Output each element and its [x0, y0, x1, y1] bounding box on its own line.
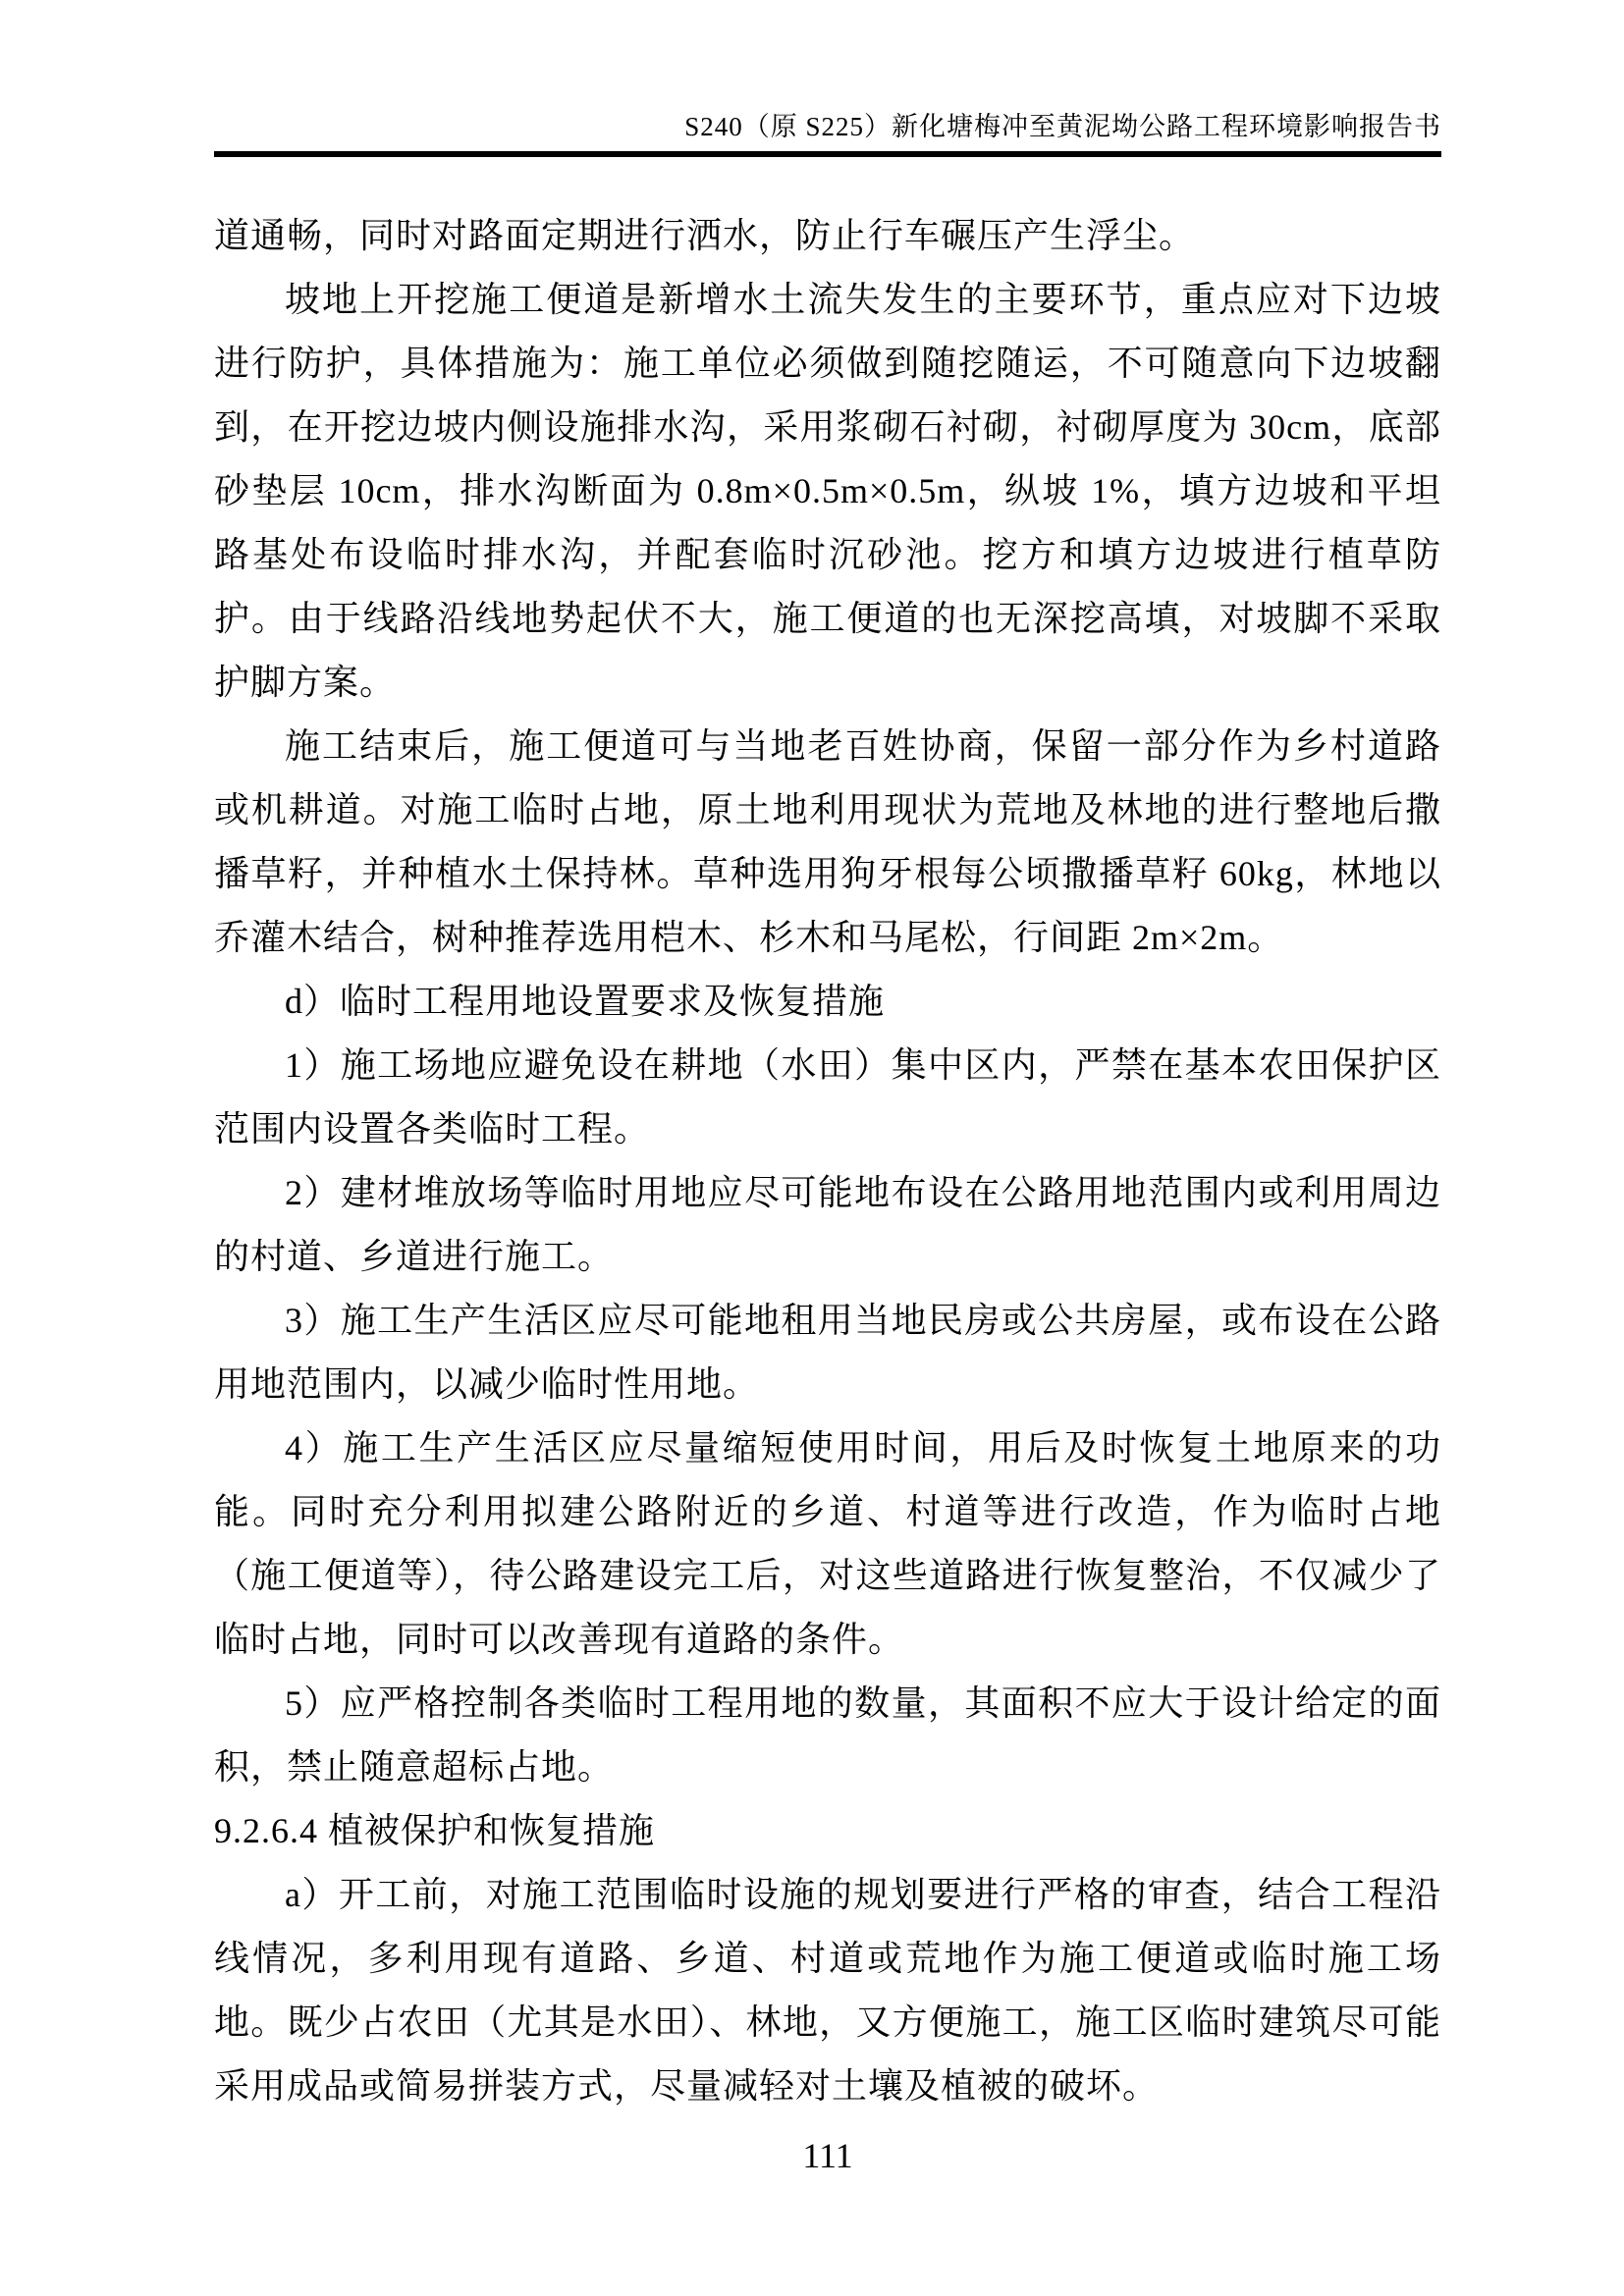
page-number: 111	[214, 2132, 1441, 2179]
paragraph: 施工结束后，施工便道可与当地老百姓协商，保留一部分作为乡村道路或机耕道。对施工临…	[214, 715, 1441, 970]
page-header: S240（原 S225）新化塘梅冲至黄泥坳公路工程环境影响报告书	[214, 0, 1441, 157]
section-heading: 9.2.6.4 植被保护和恢复措施	[214, 1799, 1441, 1863]
header-rule	[214, 151, 1441, 157]
paragraph: a）开工前，对施工范围临时设施的规划要进行严格的审查，结合工程沿线情况，多利用现…	[214, 1863, 1441, 2118]
paragraph: 1）施工场地应避免设在耕地（水田）集中区内，严禁在基本农田保护区范围内设置各类临…	[214, 1034, 1441, 1161]
header-title: S240（原 S225）新化塘梅冲至黄泥坳公路工程环境影响报告书	[214, 110, 1441, 143]
paragraph: 道通畅，同时对路面定期进行洒水，防止行车碾压产生浮尘。	[214, 204, 1441, 268]
paragraph: 4）施工生产生活区应尽量缩短使用时间，用后及时恢复土地原来的功能。同时充分利用拟…	[214, 1416, 1441, 1672]
document-page: S240（原 S225）新化塘梅冲至黄泥坳公路工程环境影响报告书 道通畅，同时对…	[0, 0, 1624, 2296]
paragraph: 坡地上开挖施工便道是新增水土流失发生的主要环节，重点应对下边坡进行防护，具体措施…	[214, 268, 1441, 715]
document-body: 道通畅，同时对路面定期进行洒水，防止行车碾压产生浮尘。坡地上开挖施工便道是新增水…	[214, 204, 1441, 2118]
paragraph: 2）建材堆放场等临时用地应尽可能地布设在公路用地范围内或利用周边的村道、乡道进行…	[214, 1161, 1441, 1289]
paragraph: 3）施工生产生活区应尽可能地租用当地民房或公共房屋，或布设在公路用地范围内，以减…	[214, 1289, 1441, 1416]
paragraph: d）临时工程用地设置要求及恢复措施	[214, 970, 1441, 1034]
paragraph: 5）应严格控制各类临时工程用地的数量，其面积不应大于设计给定的面积，禁止随意超标…	[214, 1672, 1441, 1799]
content-column: S240（原 S225）新化塘梅冲至黄泥坳公路工程环境影响报告书 道通畅，同时对…	[214, 0, 1441, 2118]
